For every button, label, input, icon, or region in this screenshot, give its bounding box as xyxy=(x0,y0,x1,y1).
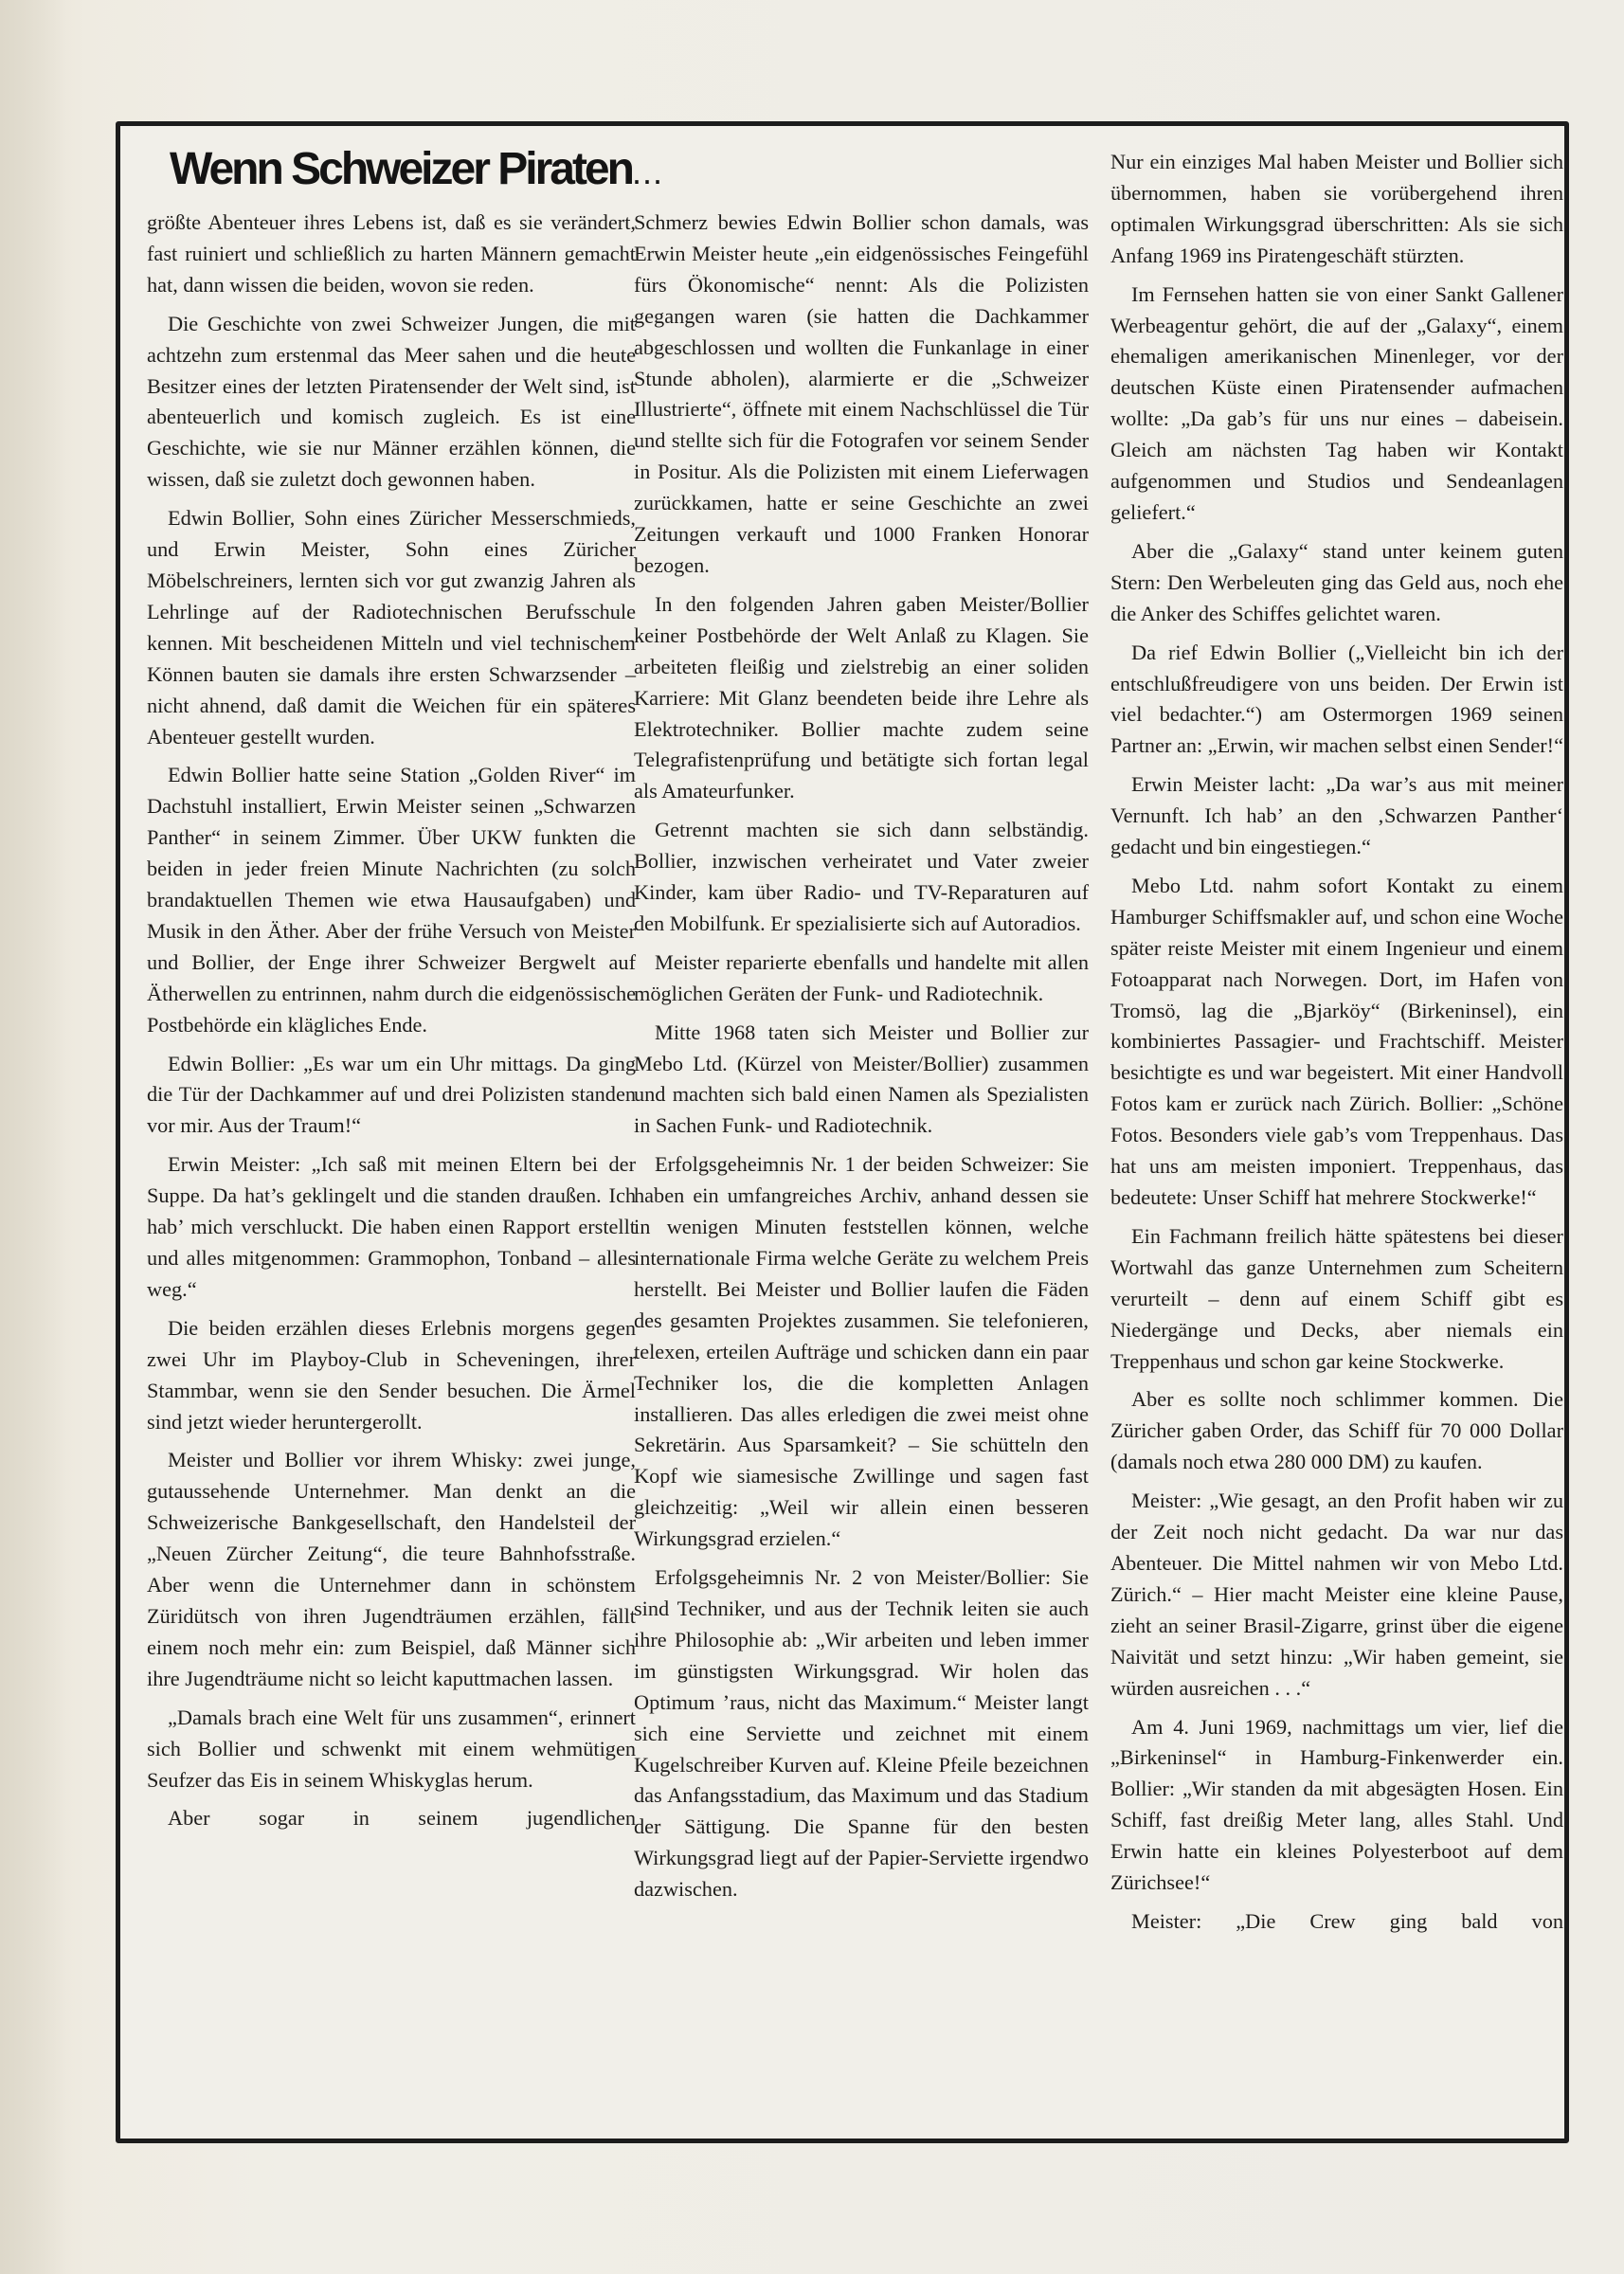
paragraph: „Damals brach eine Welt für uns zusammen… xyxy=(147,1703,636,1796)
paragraph: Meister reparierte ebenfalls und handelt… xyxy=(634,947,1089,1010)
paragraph: Edwin Bollier: „Es war um ein Uhr mittag… xyxy=(147,1049,636,1143)
paragraph: In den folgenden Jahren gaben Meister/Bo… xyxy=(634,589,1089,807)
paragraph: Ein Fachmann freilich hätte spätestens b… xyxy=(1110,1221,1563,1378)
page-edge-shadow xyxy=(0,0,66,2274)
paragraph: Mebo Ltd. nahm sofort Kontakt zu einem H… xyxy=(1110,871,1563,1214)
column-2: Schmerz bewies Edwin Bollier schon damal… xyxy=(634,208,1089,1905)
headline: Wenn Schweizer Piraten... xyxy=(170,147,663,192)
paragraph: Aber sogar in seinem jugendlichen xyxy=(147,1803,636,1834)
paragraph: größte Abenteuer ihres Lebens ist, daß e… xyxy=(147,208,636,301)
headline-text: Wenn Schweizer Piraten xyxy=(170,144,632,194)
paragraph: Mitte 1968 taten sich Meister und Bollie… xyxy=(634,1018,1089,1143)
paragraph: Edwin Bollier hatte seine Station „Golde… xyxy=(147,760,636,1040)
paragraph: Getrennt machten sie sich dann selbständ… xyxy=(634,815,1089,940)
headline-ellipsis: ... xyxy=(632,153,663,191)
paragraph: Erfolgsgeheimnis Nr. 2 von Meister/Bolli… xyxy=(634,1562,1089,1905)
paragraph: Meister: „Die Crew ging bald von xyxy=(1110,1906,1563,1938)
paragraph: Erfolgsgeheimnis Nr. 1 der beiden Schwei… xyxy=(634,1149,1089,1555)
column-3: Nur ein einziges Mal haben Meister und B… xyxy=(1110,147,1563,1938)
article-frame: Wenn Schweizer Piraten... größte Abenteu… xyxy=(116,121,1569,2143)
paragraph: Edwin Bollier, Sohn eines Züricher Messe… xyxy=(147,503,636,752)
paragraph: Meister und Bollier vor ihrem Whisky: zw… xyxy=(147,1445,636,1694)
column-1: größte Abenteuer ihres Lebens ist, daß e… xyxy=(147,208,636,1834)
paragraph: Nur ein einziges Mal haben Meister und B… xyxy=(1110,147,1563,272)
paragraph: Erwin Meister lacht: „Da war’s aus mit m… xyxy=(1110,769,1563,863)
paragraph: Meister: „Wie gesagt, an den Profit habe… xyxy=(1110,1486,1563,1704)
paragraph: Am 4. Juni 1969, nachmittags um vier, li… xyxy=(1110,1712,1563,1899)
paragraph: Schmerz bewies Edwin Bollier schon damal… xyxy=(634,208,1089,582)
paragraph: Aber es sollte noch schlimmer kommen. Di… xyxy=(1110,1384,1563,1478)
paragraph: Die Geschichte von zwei Schweizer Jungen… xyxy=(147,309,636,496)
paragraph: Die beiden erzählen dieses Erlebnis morg… xyxy=(147,1313,636,1438)
paragraph: Da rief Edwin Bollier („Vielleicht bin i… xyxy=(1110,638,1563,763)
paragraph: Erwin Meister: „Ich saß mit meinen Elter… xyxy=(147,1149,636,1306)
paragraph: Aber die „Galaxy“ stand unter keinem gut… xyxy=(1110,536,1563,630)
paragraph: Im Fernsehen hatten sie von einer Sankt … xyxy=(1110,280,1563,529)
